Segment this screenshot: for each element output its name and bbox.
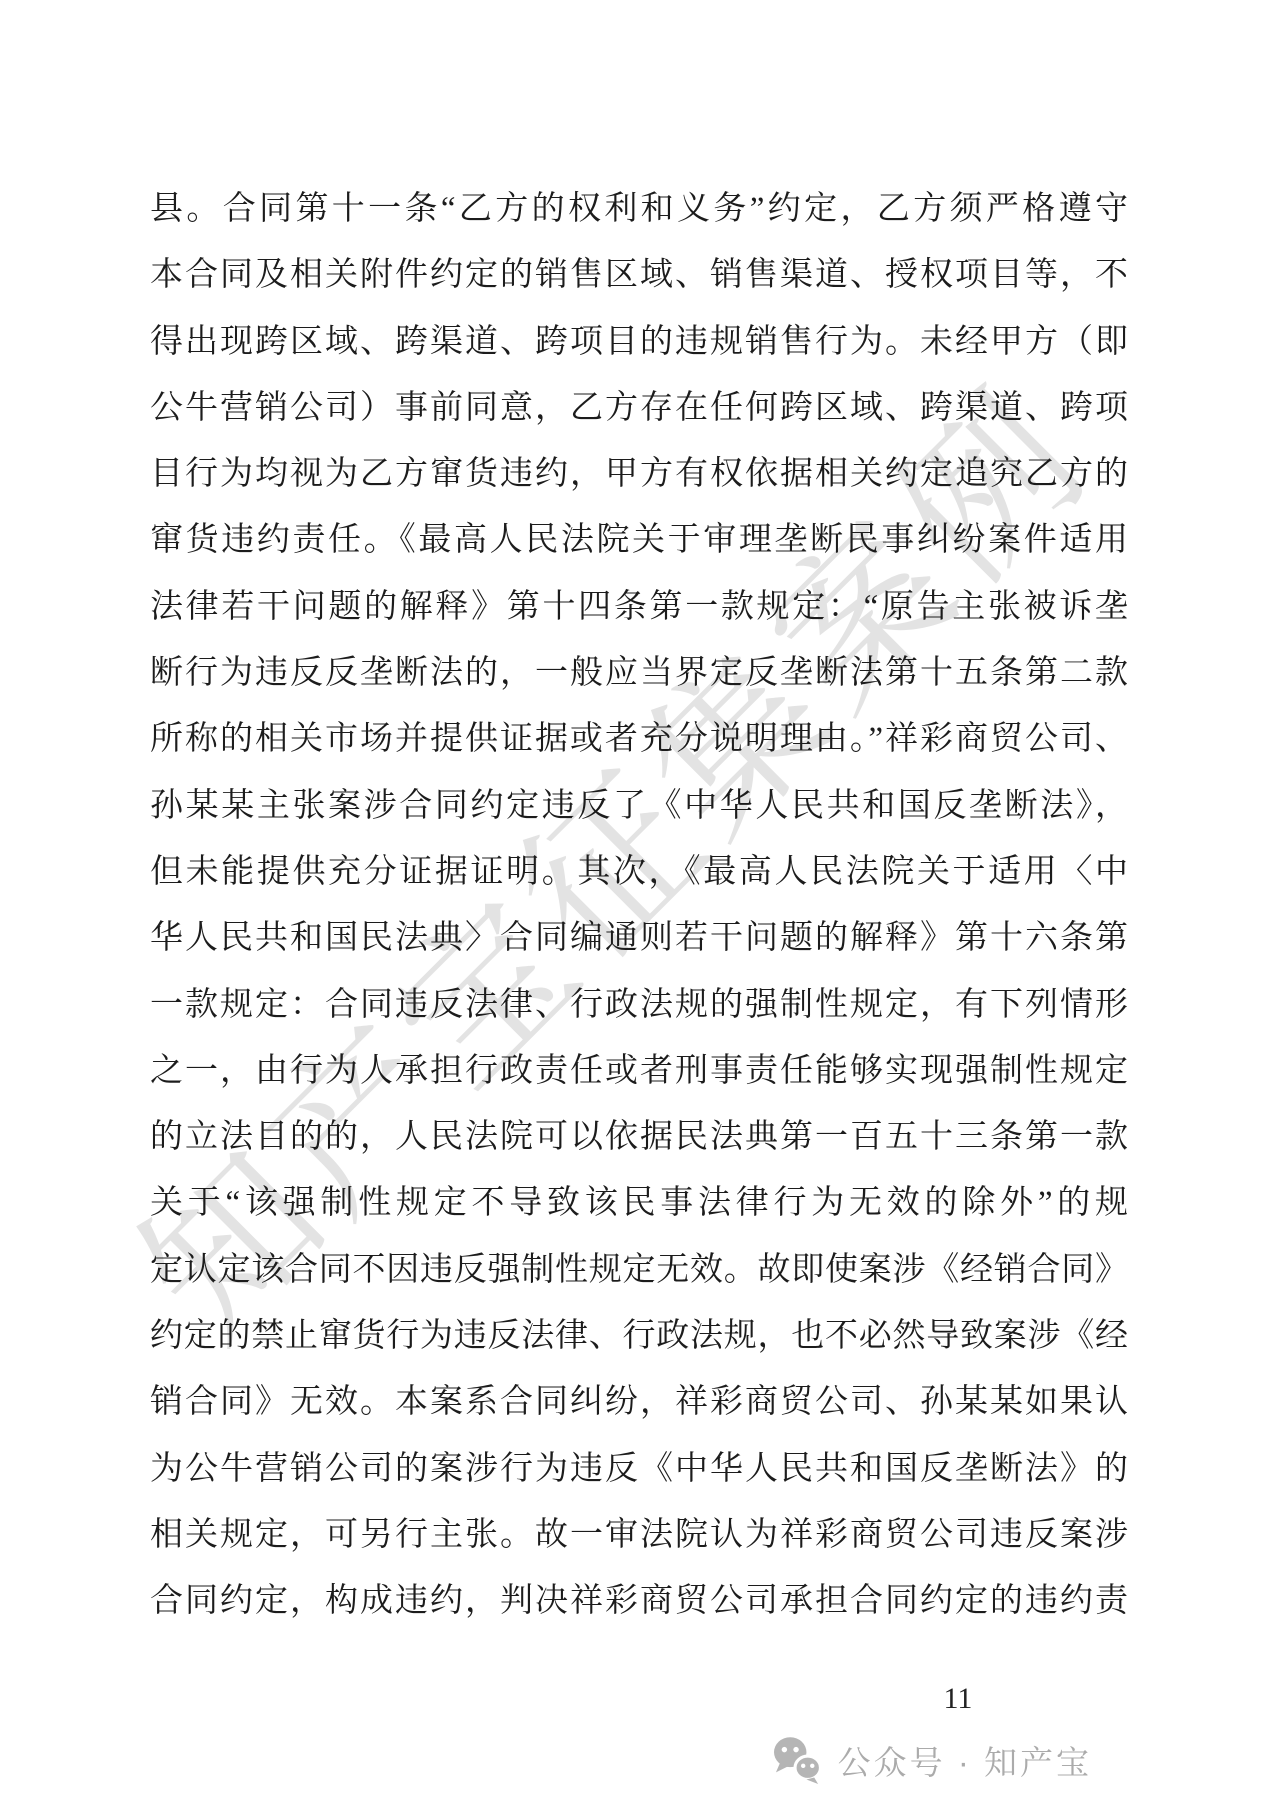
text-line: 相关规定，可另行主张。故一审法院认为祥彩商贸公司违反案涉	[150, 1502, 1128, 1568]
text-line: 合同约定，构成违约，判决祥彩商贸公司承担合同约定的违约责	[150, 1568, 1128, 1634]
wechat-official-account-icon	[772, 1736, 824, 1784]
wechat-footer: 公众号 · 知产宝	[772, 1736, 1092, 1784]
text-line: 华人民共和国民法典〉合同编通则若干问题的解释》第十六条第	[150, 905, 1128, 971]
text-line: 得出现跨区域、跨渠道、跨项目的违规销售行为。未经甲方（即	[150, 309, 1128, 375]
text-line: 关于“该强制性规定不导致该民事法律行为无效的除外”的规	[150, 1170, 1128, 1236]
text-line: 县。合同第十一条“乙方的权利和义务”约定，乙方须严格遵守	[150, 176, 1128, 242]
text-line: 约定的禁止窜货行为违反法律、行政法规，也不必然导致案涉《经	[150, 1303, 1128, 1369]
text-line: 本合同及相关附件约定的销售区域、销售渠道、授权项目等，不	[150, 242, 1128, 308]
document-page: 知产宝征集案例 县。合同第十一条“乙方的权利和义务”约定，乙方须严格遵守 本合同…	[0, 0, 1280, 1810]
text-line: 法律若干问题的解释》第十四条第一款规定：“原告主张被诉垄	[150, 574, 1128, 640]
wechat-account-label: 公众号 · 知产宝	[838, 1737, 1092, 1784]
text-line: 孙某某主张案涉合同约定违反了《中华人民共和国反垄断法》，	[150, 773, 1128, 839]
text-line: 断行为违反反垄断法的，一般应当界定反垄断法第十五条第二款	[150, 640, 1128, 706]
text-line: 销合同》无效。本案系合同纠纷，祥彩商贸公司、孙某某如果认	[150, 1369, 1128, 1435]
text-line: 但未能提供充分证据证明。其次，《最高人民法院关于适用〈中	[150, 839, 1128, 905]
text-line: 为公牛营销公司的案涉行为违反《中华人民共和国反垄断法》的	[150, 1436, 1128, 1502]
text-line: 所称的相关市场并提供证据或者充分说明理由。”祥彩商贸公司、	[150, 706, 1128, 772]
text-line: 一款规定：合同违反法律、行政法规的强制性规定，有下列情形	[150, 972, 1128, 1038]
text-line: 定认定该合同不因违反强制性规定无效。故即使案涉《经销合同》	[150, 1237, 1128, 1303]
text-line: 的立法目的的，人民法院可以依据民法典第一百五十三条第一款	[150, 1104, 1128, 1170]
body-text: 县。合同第十一条“乙方的权利和义务”约定，乙方须严格遵守 本合同及相关附件约定的…	[150, 176, 1128, 1635]
text-line: 窜货违约责任。《最高人民法院关于审理垄断民事纠纷案件适用	[150, 507, 1128, 573]
text-line: 公牛营销公司）事前同意，乙方存在任何跨区域、跨渠道、跨项	[150, 375, 1128, 441]
text-line: 之一，由行为人承担行政责任或者刑事责任能够实现强制性规定	[150, 1038, 1128, 1104]
text-line: 目行为均视为乙方窜货违约，甲方有权依据相关约定追究乙方的	[150, 441, 1128, 507]
page-number: 11	[918, 1682, 998, 1716]
